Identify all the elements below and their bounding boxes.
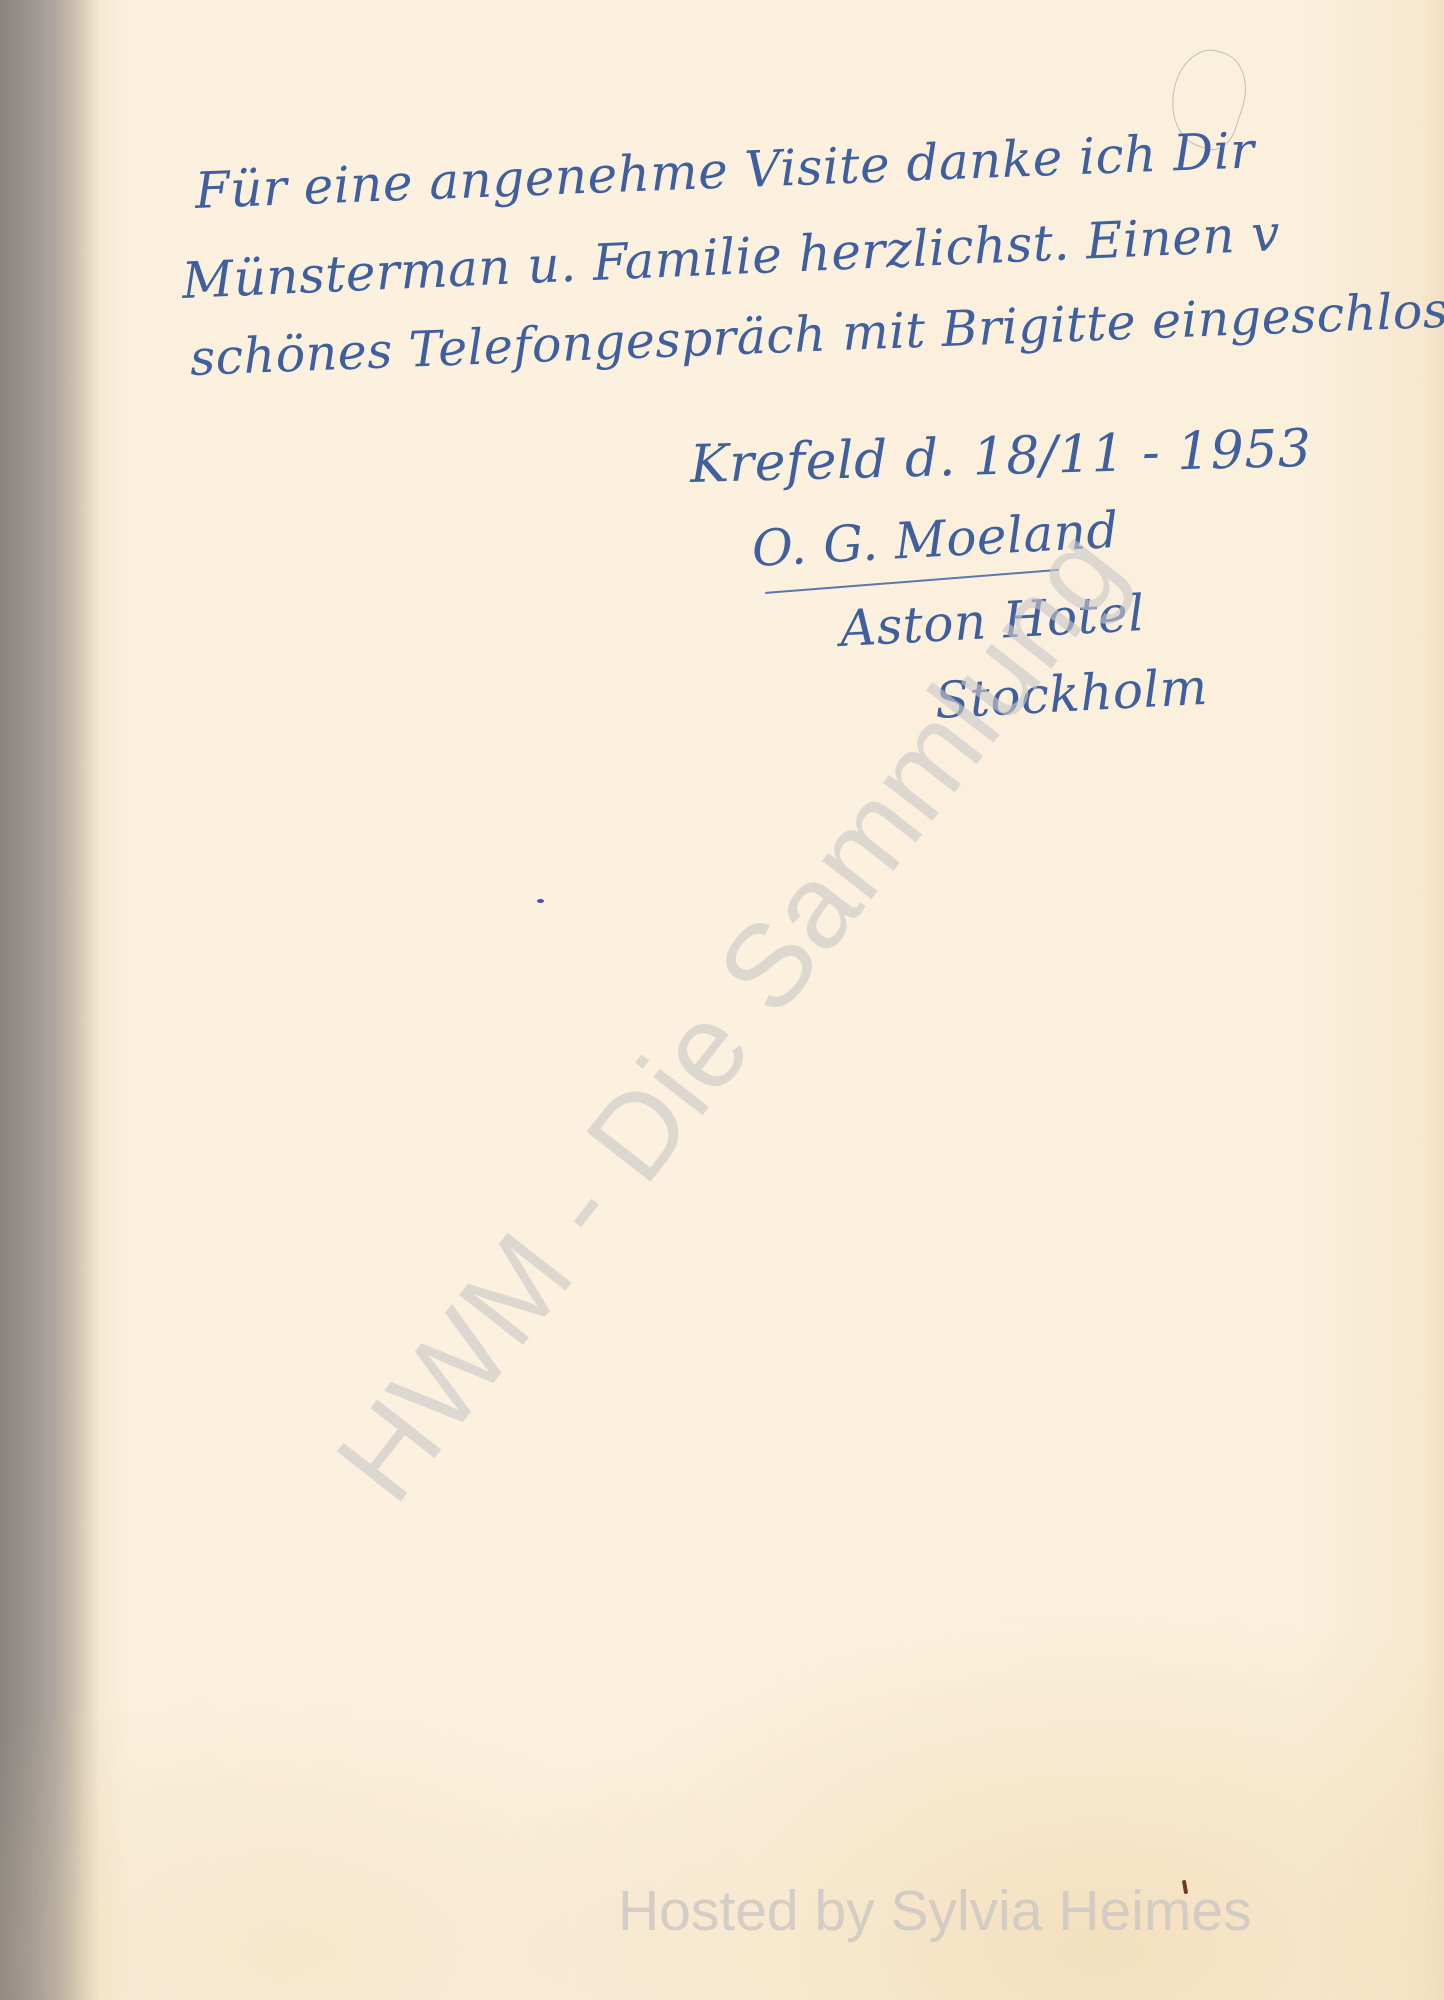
scanned-page: Für eine angenehme Visite danke ich Dir … xyxy=(0,0,1444,2000)
place-and-date: Krefeld d. 18/11 - 1953 xyxy=(689,419,1312,495)
diagonal-watermark: HWM - Die Sammlung xyxy=(310,504,1151,1527)
footer-watermark: Hosted by Sylvia Heimes xyxy=(618,1878,1252,1944)
book-spine-shadow xyxy=(0,0,100,2000)
inscription-line-1: Für eine angenehme Visite danke ich Dir xyxy=(194,121,1256,220)
ink-dot xyxy=(537,899,544,903)
